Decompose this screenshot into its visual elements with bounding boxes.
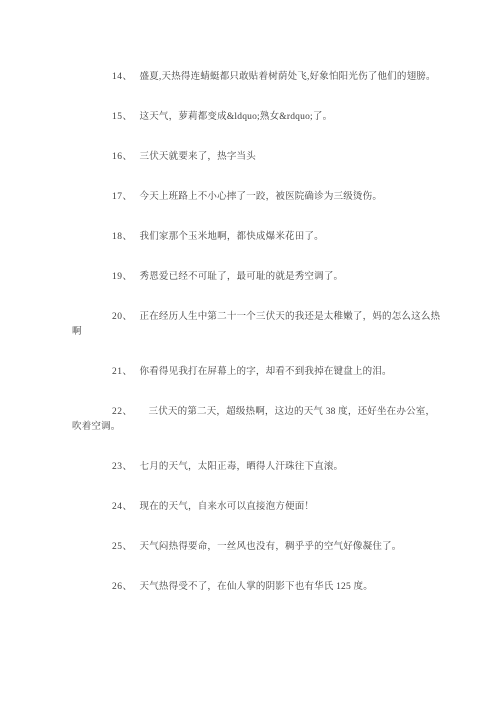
list-item: 14、盛夏,天热得连蜻蜓都只敢贴着树荫处飞,好象怕阳光伤了他们的翅膀。	[72, 70, 442, 85]
list-item: 23、七月的天气，太阳正毒，晒得人汗珠往下直滚。	[72, 460, 442, 475]
list-item: 25、天气闷热得要命，一丝风也没有，稠乎乎的空气好像凝住了。	[72, 540, 442, 555]
list-item: 15、这天气，萝莉都变成&ldquo;熟女&rdquo;了。	[72, 110, 442, 125]
item-number: 16、	[112, 152, 133, 162]
item-number: 14、	[112, 72, 133, 82]
list-item: 17、今天上班路上不小心摔了一跤，被医院确诊为三级烫伤。	[72, 190, 442, 205]
item-number: 20、	[112, 312, 133, 322]
item-number: 19、	[112, 272, 133, 282]
item-text: 你看得见我打在屏幕上的字，却看不到我掉在键盘上的泪。	[140, 367, 392, 377]
item-text: 天气闷热得要命，一丝风也没有，稠乎乎的空气好像凝住了。	[140, 542, 402, 552]
item-text: 七月的天气，太阳正毒，晒得人汗珠往下直滚。	[140, 462, 344, 472]
list-item: 26、天气热得受不了，在仙人掌的阴影下也有华氏 125 度。	[72, 580, 442, 595]
list-item: 20、正在经历人生中第二十一个三伏天的我还是太稚嫩了，妈的怎么这么热啊	[72, 310, 442, 340]
item-number: 15、	[112, 112, 133, 122]
item-number: 25、	[112, 542, 133, 552]
item-number: 18、	[112, 232, 133, 242]
list-item: 16、三伏天就要来了，热字当头	[72, 150, 442, 165]
item-text: 今天上班路上不小心摔了一跤，被医院确诊为三级烫伤。	[140, 192, 383, 202]
item-text: 我们家那个玉米地啊，都快成爆米花田了。	[140, 232, 324, 242]
list-item: 22、三伏天的第二天，超级热啊，这边的天气 38 度，还好坐在办公室，吹着空调。	[72, 405, 442, 435]
item-text: 秀恩爱已经不可耻了，最可耻的就是秀空调了。	[140, 272, 344, 282]
item-text: 天气热得受不了，在仙人掌的阴影下也有华氏 125 度。	[140, 582, 373, 592]
item-number: 17、	[112, 192, 133, 202]
item-number: 23、	[112, 462, 133, 472]
item-text: 这天气，萝莉都变成&ldquo;熟女&rdquo;了。	[140, 112, 333, 122]
item-text: 三伏天就要来了，热字当头	[140, 152, 256, 162]
item-text: 盛夏,天热得连蜻蜓都只敢贴着树荫处飞,好象怕阳光伤了他们的翅膀。	[140, 72, 436, 82]
item-number: 22、	[112, 407, 133, 417]
item-text: 现在的天气，自来水可以直接泡方便面！	[140, 502, 315, 512]
item-number: 21、	[112, 367, 133, 377]
list-item: 21、你看得见我打在屏幕上的字，却看不到我掉在键盘上的泪。	[72, 365, 442, 380]
list-item: 19、秀恩爱已经不可耻了，最可耻的就是秀空调了。	[72, 270, 442, 285]
item-number: 26、	[112, 582, 133, 592]
list-item: 24、现在的天气，自来水可以直接泡方便面！	[72, 500, 442, 515]
list-item: 18、我们家那个玉米地啊，都快成爆米花田了。	[72, 230, 442, 245]
document-page: 14、盛夏,天热得连蜻蜓都只敢贴着树荫处飞,好象怕阳光伤了他们的翅膀。 15、这…	[0, 0, 500, 708]
item-number: 24、	[112, 502, 133, 512]
